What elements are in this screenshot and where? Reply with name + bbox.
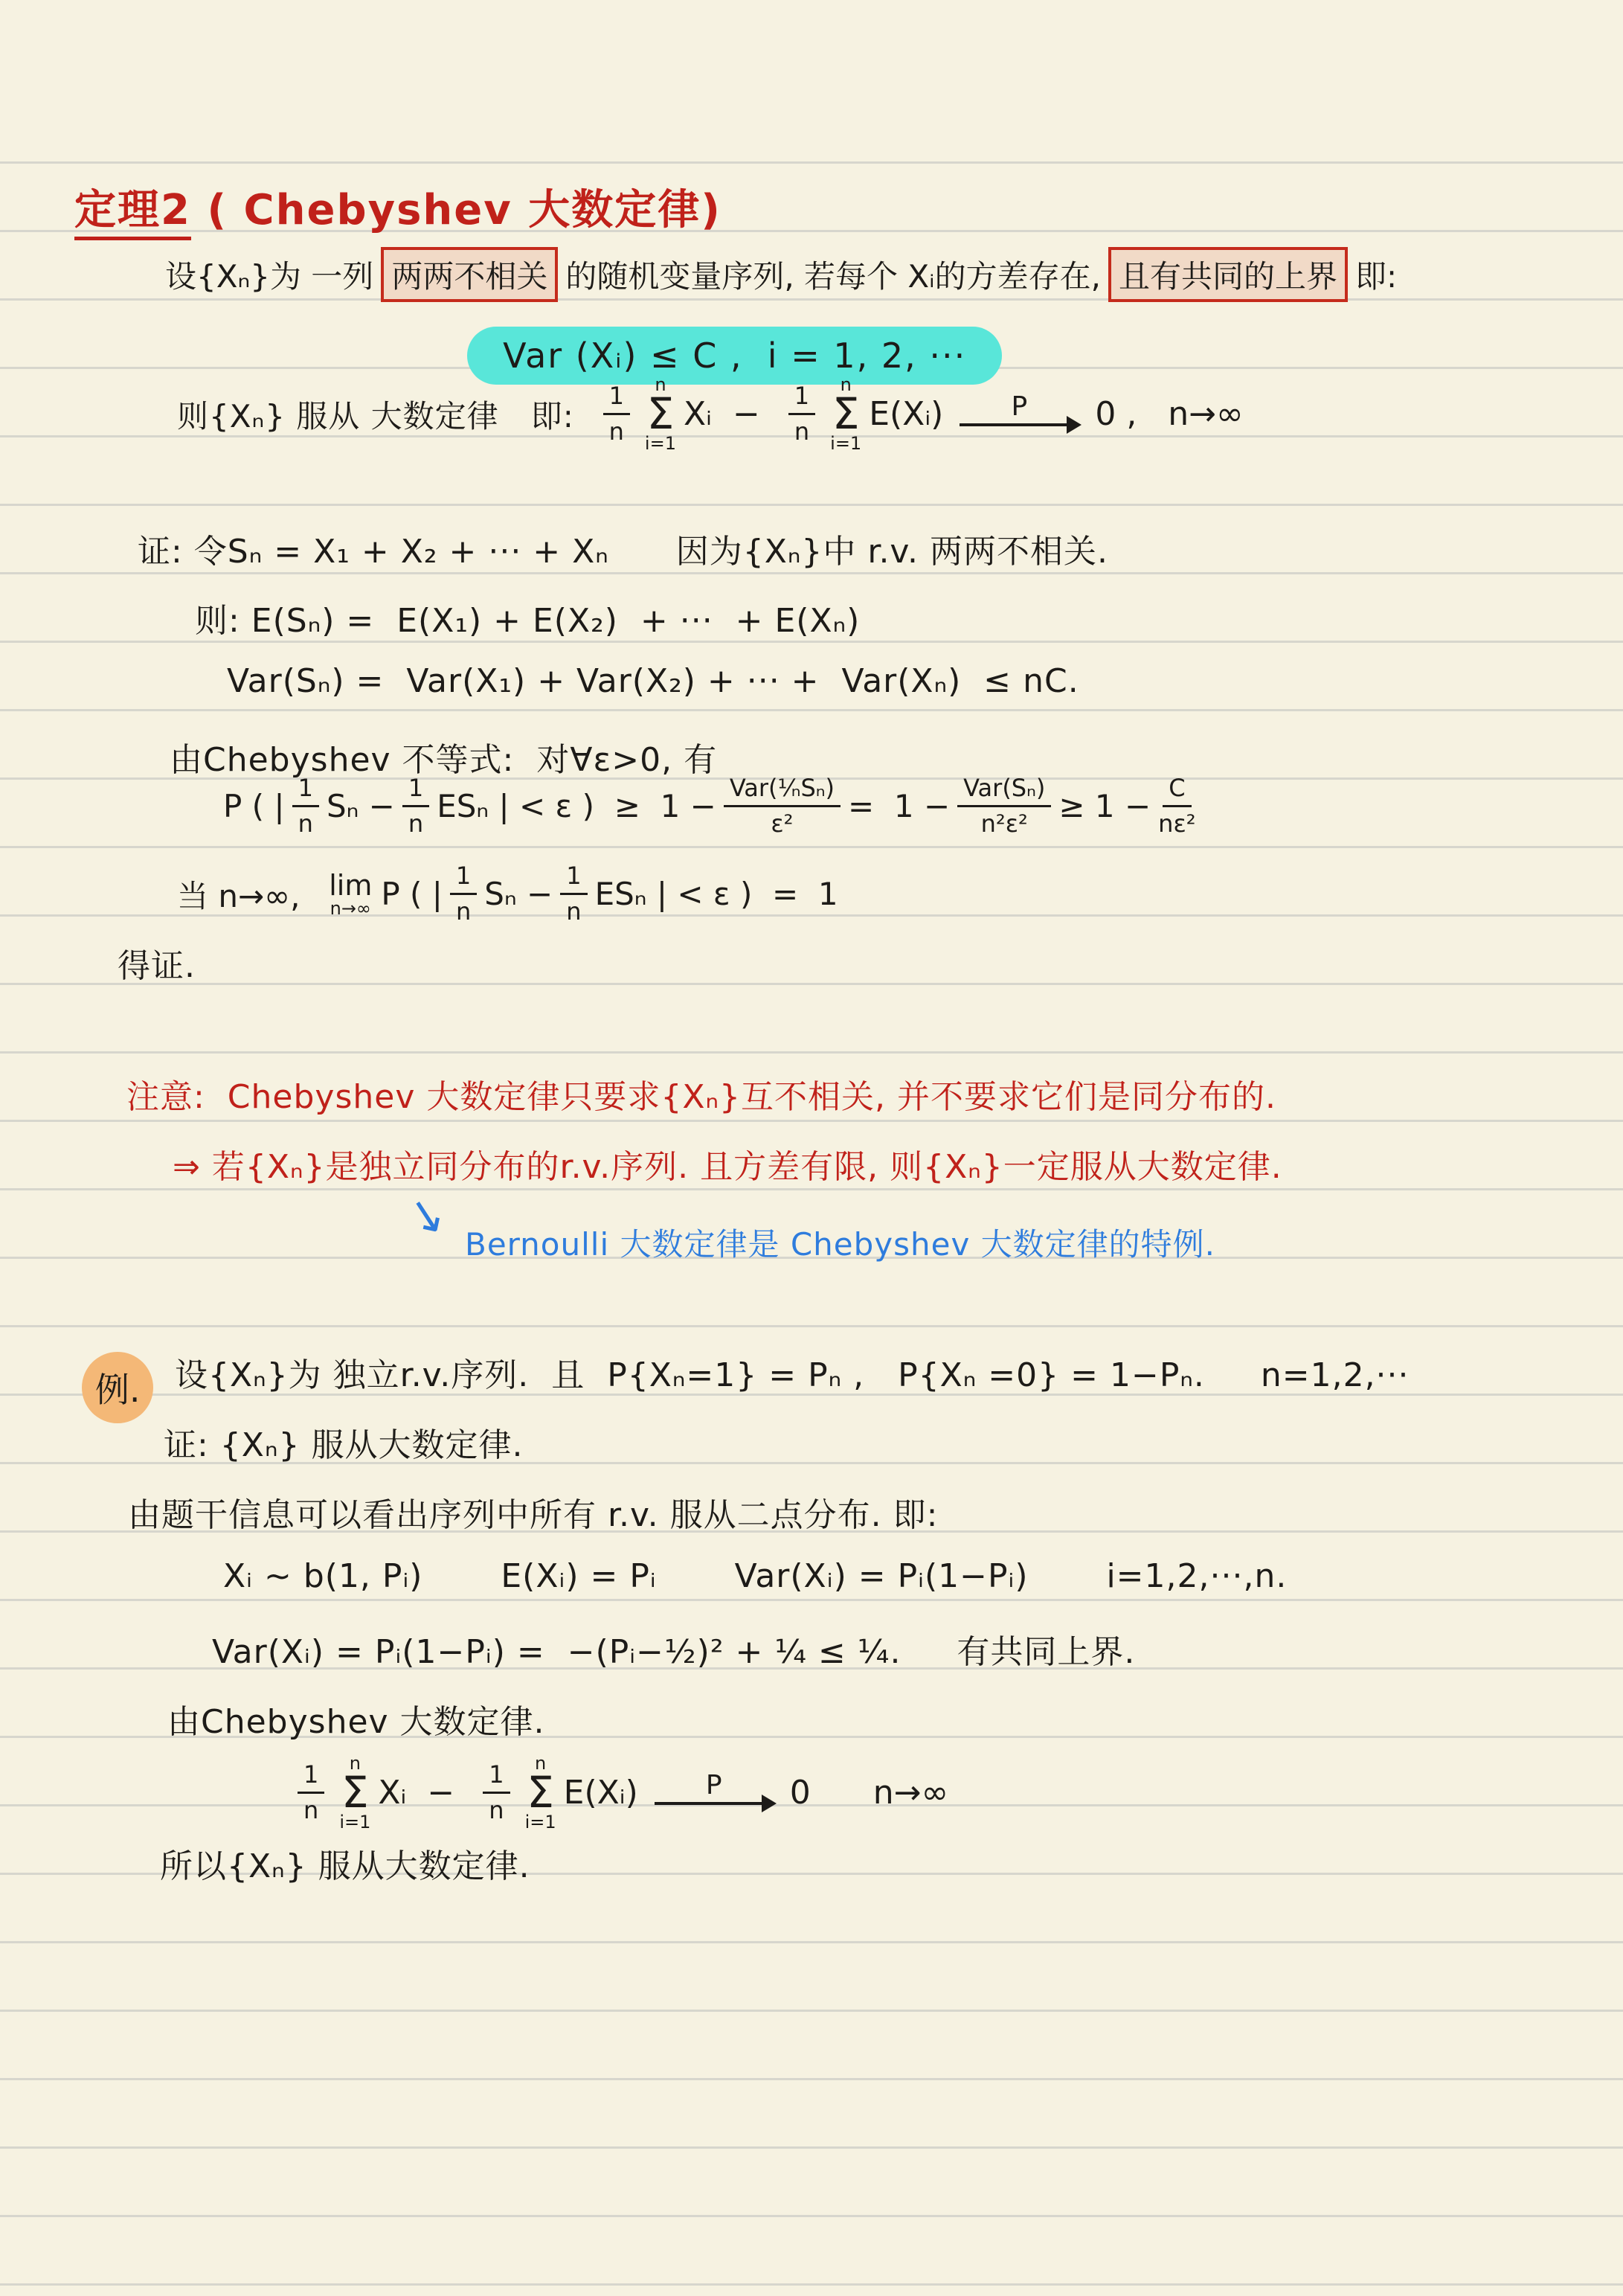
denominator: n	[456, 895, 471, 925]
numerator: 1	[298, 1762, 324, 1794]
numerator: Var(¹⁄ₙSₙ)	[724, 775, 841, 807]
statement-text-post: 即:	[1355, 252, 1397, 297]
sigma-icon: Σ	[832, 394, 860, 434]
sigma-icon: Σ	[527, 1772, 554, 1813]
lln-formula: 1nnΣi=1Xᵢ − 1nnΣi=1E(Xᵢ)P0 , n→∞	[596, 376, 1244, 452]
denominator: n	[566, 895, 581, 925]
denominator: n	[794, 415, 809, 445]
formula-text: −	[712, 395, 781, 433]
formula-text: E(Xᵢ)	[564, 1774, 638, 1812]
formula-text: ESₙ | < ε ) = 1	[595, 876, 838, 912]
limit-condition: n→∞	[330, 900, 371, 917]
fraction: Cnε²	[1158, 775, 1195, 837]
sigma-icon: Σ	[647, 394, 675, 434]
theorem-statement: 设{Xₙ}为 一列 两两不相关 的随机变量序列, 若每个 Xᵢ的方差存在, 且有…	[165, 247, 1397, 302]
formula-text: 当 n→∞,	[177, 872, 320, 917]
remark-red-1: 注意: Chebyshev 大数定律只要求{Xₙ}互不相关, 并不要求它们是同分…	[126, 1070, 1276, 1117]
formula-text: Xᵢ	[378, 1774, 406, 1812]
denominator: n²ε²	[981, 807, 1028, 837]
probability-label: P	[1011, 394, 1027, 420]
example-line-2: 证: {Xₙ} 服从大数定律.	[164, 1418, 523, 1466]
example-line-3: 由题干信息可以看出序列中所有 r.v. 服从二点分布. 即:	[128, 1488, 938, 1536]
fraction: Var(¹⁄ₙSₙ)ε²	[724, 775, 841, 837]
proof-line-4: 由Chebyshev 不等式: 对∀ε>0, 有	[170, 733, 717, 780]
remark-blue-bernoulli: Bernoulli 大数定律是 Chebyshev 大数定律的特例.	[465, 1220, 1215, 1265]
formula-text: 0 n→∞	[790, 1774, 948, 1812]
sigma-icon: Σ	[341, 1772, 369, 1813]
down-right-arrow-icon: ↘	[402, 1184, 451, 1245]
formula-text: ESₙ | < ε ) ≥ 1 −	[437, 788, 716, 824]
fraction: 1n	[292, 775, 319, 837]
conclusion-text: 则{Xₙ} 服从 大数定律 即:	[177, 392, 596, 437]
sum-lower-limit: i=1	[339, 1813, 370, 1831]
denominator: n	[408, 807, 423, 837]
formula-text: Xᵢ	[684, 395, 712, 433]
chebyshev-inequality: P ( |1nSₙ −1nESₙ | < ε ) ≥ 1 −Var(¹⁄ₙSₙ)…	[223, 775, 1203, 837]
denominator: n	[298, 807, 313, 837]
proof-line-3: Var(Sₙ) = Var(X₁) + Var(X₂) + ··· + Var(…	[227, 662, 1079, 700]
notebook-page: { "colors":{ "paper":"#f6f2e1","rule_lin…	[0, 0, 1623, 2296]
variance-bound-row: Var (Xᵢ) ≤ C , i = 1, 2, ···	[460, 312, 1002, 385]
theorem-number: 定理2	[74, 186, 191, 240]
fraction: 1n	[560, 863, 587, 925]
formula-text: P ( |	[223, 788, 285, 824]
denominator: n	[489, 1794, 504, 1824]
limit-text: lim	[329, 871, 372, 900]
formula-text: E(Xᵢ)	[869, 395, 943, 433]
numerator: 1	[292, 775, 319, 807]
formula-text: Sₙ −	[327, 788, 395, 824]
right-arrow-icon	[655, 1802, 774, 1805]
fraction: 1n	[450, 863, 477, 925]
formula-text: 0 , n→∞	[1095, 395, 1243, 433]
numerator: C	[1163, 775, 1191, 807]
summation: nΣi=1	[339, 1754, 370, 1831]
denominator: nε²	[1158, 807, 1195, 837]
numerator: 1	[560, 863, 587, 895]
statement-text-pre: 设{Xₙ}为 一列	[165, 252, 373, 297]
lln-formula-example: 1nnΣi=1Xᵢ − 1nnΣi=1E(Xᵢ)P0 n→∞	[290, 1754, 948, 1831]
numerator: 1	[603, 383, 630, 415]
proof-line-1: 证: 令Sₙ = X₁ + X₂ + ··· + Xₙ 因为{Xₙ}中 r.v.…	[138, 525, 1108, 572]
example-conclusion: 所以{Xₙ} 服从大数定律.	[160, 1839, 530, 1887]
remark-red-2: ⇒ 若{Xₙ}是独立同分布的r.v.序列. 且方差有限, 则{Xₙ}一定服从大数…	[173, 1140, 1282, 1187]
fraction: 1n	[402, 775, 429, 837]
formula-text: −	[406, 1774, 475, 1812]
denominator: n	[609, 415, 624, 445]
numerator: Var(Sₙ)	[957, 775, 1051, 807]
limit-line: 当 n→∞, limn→∞P ( |1nSₙ −1nESₙ | < ε ) = …	[177, 863, 838, 925]
summation: nΣi=1	[645, 376, 676, 452]
formula-text: = 1 −	[848, 788, 950, 824]
fraction: 1n	[483, 1762, 510, 1824]
example-marker: 例.	[82, 1352, 153, 1423]
summation: nΣi=1	[830, 376, 861, 452]
numerator: 1	[450, 863, 477, 895]
fraction: 1n	[603, 383, 630, 445]
numerator: 1	[788, 383, 815, 415]
proof-line-2: 则: E(Sₙ) = E(X₁) + E(X₂) + ··· + E(Xₙ)	[195, 594, 860, 641]
highlight-box-common-bound: 且有共同的上界	[1108, 247, 1348, 302]
limit: limn→∞	[329, 871, 372, 917]
theorem-name: ( Chebyshev 大数定律)	[191, 186, 721, 234]
formula-text: ≥ 1 −	[1058, 788, 1151, 824]
sum-lower-limit: i=1	[525, 1813, 556, 1831]
right-arrow-icon	[960, 423, 1079, 426]
formula-text: Sₙ −	[484, 876, 553, 912]
statement-text-mid: 的随机变量序列, 若每个 Xᵢ的方差存在,	[565, 252, 1101, 297]
highlight-box-uncorrelated: 两两不相关	[381, 247, 558, 302]
denominator: n	[303, 1794, 318, 1824]
denominator: ε²	[771, 807, 793, 837]
page-title: 定理2 ( Chebyshev 大数定律)	[74, 177, 721, 237]
proof-qed: 得证.	[118, 939, 196, 987]
convergence-arrow: P	[655, 1772, 774, 1814]
example-line-5: Var(Xᵢ) = Pᵢ(1−Pᵢ) = −(Pᵢ−½)² + ¼ ≤ ¼. 有…	[212, 1625, 1135, 1673]
sum-lower-limit: i=1	[830, 434, 861, 452]
probability-label: P	[706, 1772, 722, 1799]
lln-conclusion: 则{Xₙ} 服从 大数定律 即: 1nnΣi=1Xᵢ − 1nnΣi=1E(Xᵢ…	[177, 376, 1244, 452]
example-marker-row: 例.	[74, 1338, 153, 1423]
example-line-6: 由Chebyshev 大数定律.	[167, 1695, 545, 1742]
fraction: Var(Sₙ)n²ε²	[957, 775, 1051, 837]
numerator: 1	[402, 775, 429, 807]
summation: nΣi=1	[525, 1754, 556, 1831]
example-line-1: 设{Xₙ}为 独立r.v.序列. 且 P{Xₙ=1} = Pₙ , P{Xₙ =…	[175, 1348, 1410, 1396]
numerator: 1	[483, 1762, 510, 1794]
example-line-4: Xᵢ ~ b(1, Pᵢ) E(Xᵢ) = Pᵢ Var(Xᵢ) = Pᵢ(1−…	[223, 1557, 1287, 1595]
fraction: 1n	[298, 1762, 324, 1824]
sum-lower-limit: i=1	[645, 434, 676, 452]
formula-text: P ( |	[381, 876, 443, 912]
convergence-arrow: P	[960, 394, 1079, 435]
fraction: 1n	[788, 383, 815, 445]
